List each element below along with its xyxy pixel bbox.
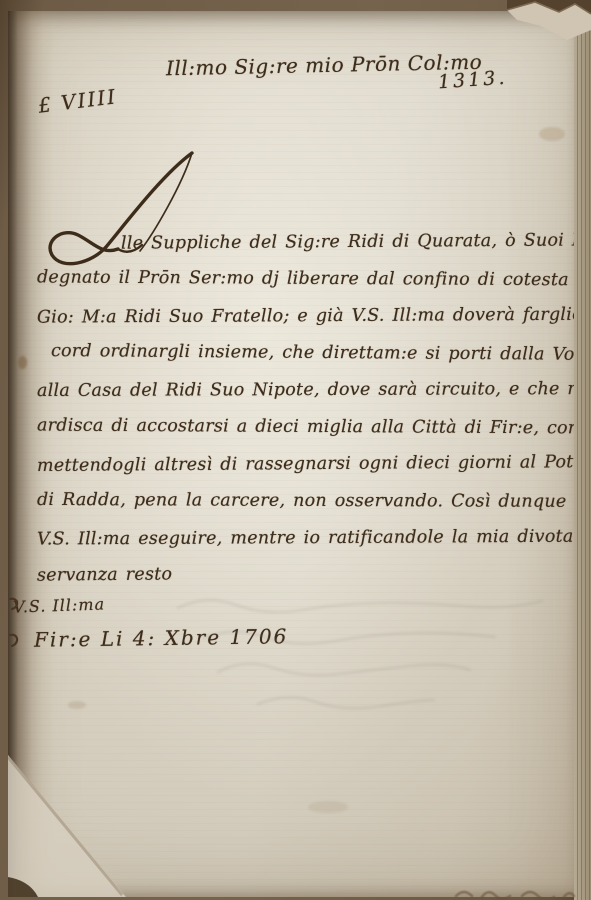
page-stack-edge <box>574 0 591 900</box>
manuscript-photo: Ill:mo Sig:re mio Prōn Col:mo 1313. £ VI… <box>0 0 591 900</box>
page-curl <box>8 727 138 897</box>
manuscript-line: alla Casa del Ridi Suo Nipote, dove sarà… <box>37 379 591 401</box>
archival-number: 1313. <box>437 67 508 94</box>
manuscript-line: V.S. Ill:ma eseguire, mentre io ratifica… <box>37 526 591 549</box>
manuscript-line: servanza resto <box>37 564 172 585</box>
salutation-line: Ill:mo Sig:re mio Prōn Col:mo <box>166 50 483 81</box>
manuscript-line: degnato il Prōn Ser:mo dj liberare dal c… <box>37 267 591 290</box>
manuscript-line: mettendogli altresì di rassegnarsi ogni … <box>37 452 591 476</box>
manuscript-line: lle Suppliche del Sig:re Ridi di Quarata… <box>37 230 591 254</box>
manuscript-line: ardisca di accostarsi a dieci miglia all… <box>37 416 591 439</box>
torn-corner <box>501 0 591 46</box>
manuscript-line: di Radda, pena la carcere, non osservand… <box>37 490 591 512</box>
cropped-ink-marks <box>8 591 22 661</box>
letter-body: lle Suppliche del Sig:re Ridi di Quarata… <box>37 232 582 612</box>
valediction: V.S. Ill:ma <box>13 594 106 616</box>
bottom-cropped-text <box>452 886 577 900</box>
manuscript-page: Ill:mo Sig:re mio Prōn Col:mo 1313. £ VI… <box>8 11 575 897</box>
manuscript-line: Gio: M:a Ridi Suo Fratello; e già V.S. I… <box>37 304 591 327</box>
manuscript-line: cord ordinargli insieme, che direttam:e … <box>37 341 591 365</box>
verso-show-through <box>148 586 578 746</box>
